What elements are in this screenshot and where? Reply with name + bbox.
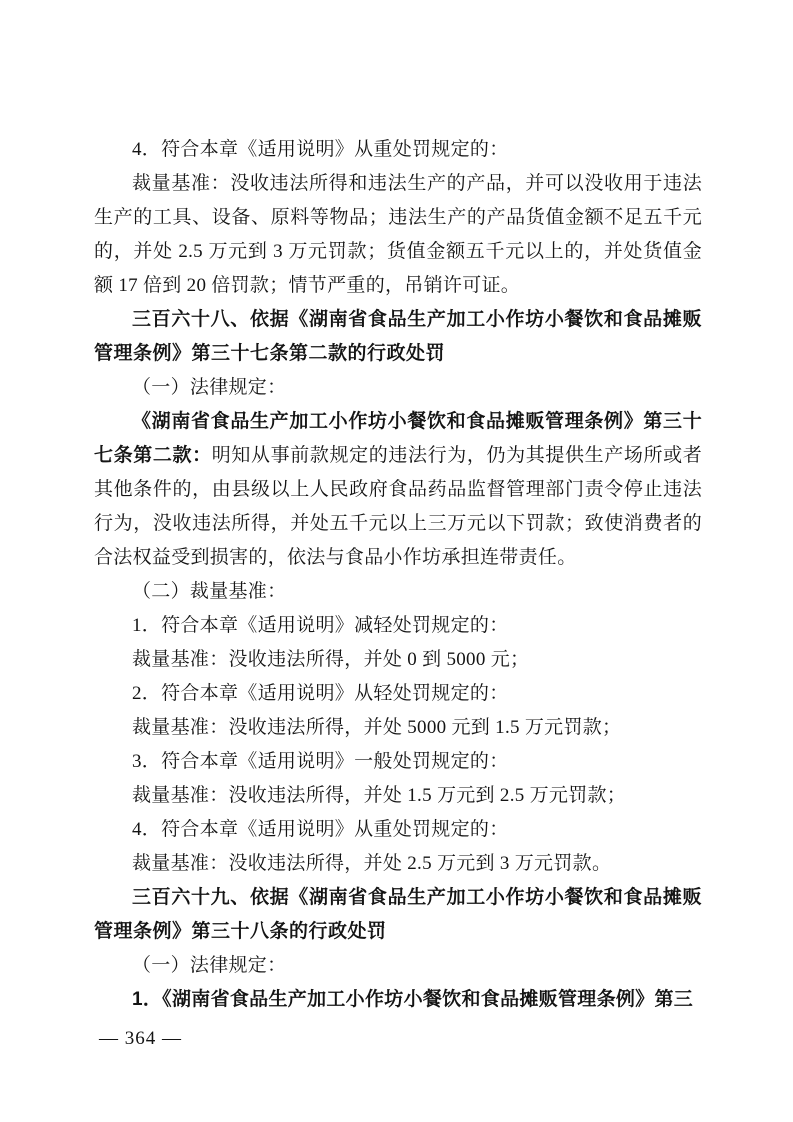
page-number: — 364 — xyxy=(99,1028,182,1050)
paragraph-discretion-standard-3: 裁量基准：没收违法所得，并处 1.5 万元到 2.5 万元罚款； xyxy=(94,779,702,813)
paragraph-discretion-standard-1: 裁量基准：没收违法所得，并处 0 到 5000 元； xyxy=(94,643,702,677)
paragraph-discretion-standard-product: 裁量基准：没收违法所得和违法生产的产品，并可以没收用于违法生产的工具、设备、原料… xyxy=(94,167,702,303)
paragraph-discretion-basis-label: （二）裁量基准： xyxy=(94,575,702,609)
paragraph-discretion-standard-4: 裁量基准：没收违法所得，并处 2.5 万元到 3 万元罚款。 xyxy=(94,847,702,881)
section-heading-368: 三百六十八、依据《湖南省食品生产加工小作坊小餐饮和食品摊贩管理条例》第三十七条第… xyxy=(94,303,702,371)
document-page: 4．符合本章《适用说明》从重处罚规定的： 裁量基准：没收违法所得和违法生产的产品… xyxy=(0,0,793,1122)
page-body-text: 4．符合本章《适用说明》从重处罚规定的： 裁量基准：没收违法所得和违法生产的产品… xyxy=(94,133,702,1017)
paragraph-discretion-standard-2: 裁量基准：没收违法所得，并处 5000 元到 1.5 万元罚款； xyxy=(94,711,702,745)
section-heading-369: 三百六十九、依据《湖南省食品生产加工小作坊小餐饮和食品摊贩管理条例》第三十八条的… xyxy=(94,881,702,949)
paragraph-law-citation-start: 1．《湖南省食品生产加工小作坊小餐饮和食品摊贩管理条例》第三 xyxy=(94,983,702,1017)
paragraph-item-2-lighter-penalty: 2．符合本章《适用说明》从轻处罚规定的： xyxy=(94,677,702,711)
paragraph-item-4-heavier-penalty-2: 4．符合本章《适用说明》从重处罚规定的： xyxy=(94,813,702,847)
paragraph-item-3-general-penalty: 3．符合本章《适用说明》一般处罚规定的： xyxy=(94,745,702,779)
paragraph-legal-provision-label-2: （一）法律规定： xyxy=(94,949,702,983)
paragraph-item-1-reduced-penalty: 1．符合本章《适用说明》减轻处罚规定的： xyxy=(94,609,702,643)
paragraph-legal-provision-label: （一）法律规定： xyxy=(94,371,702,405)
paragraph-item-4-heavier-penalty: 4．符合本章《适用说明》从重处罚规定的： xyxy=(94,133,702,167)
paragraph-law-citation: 《湖南省食品生产加工小作坊小餐饮和食品摊贩管理条例》第三十七条第二款：明知从事前… xyxy=(94,405,702,575)
